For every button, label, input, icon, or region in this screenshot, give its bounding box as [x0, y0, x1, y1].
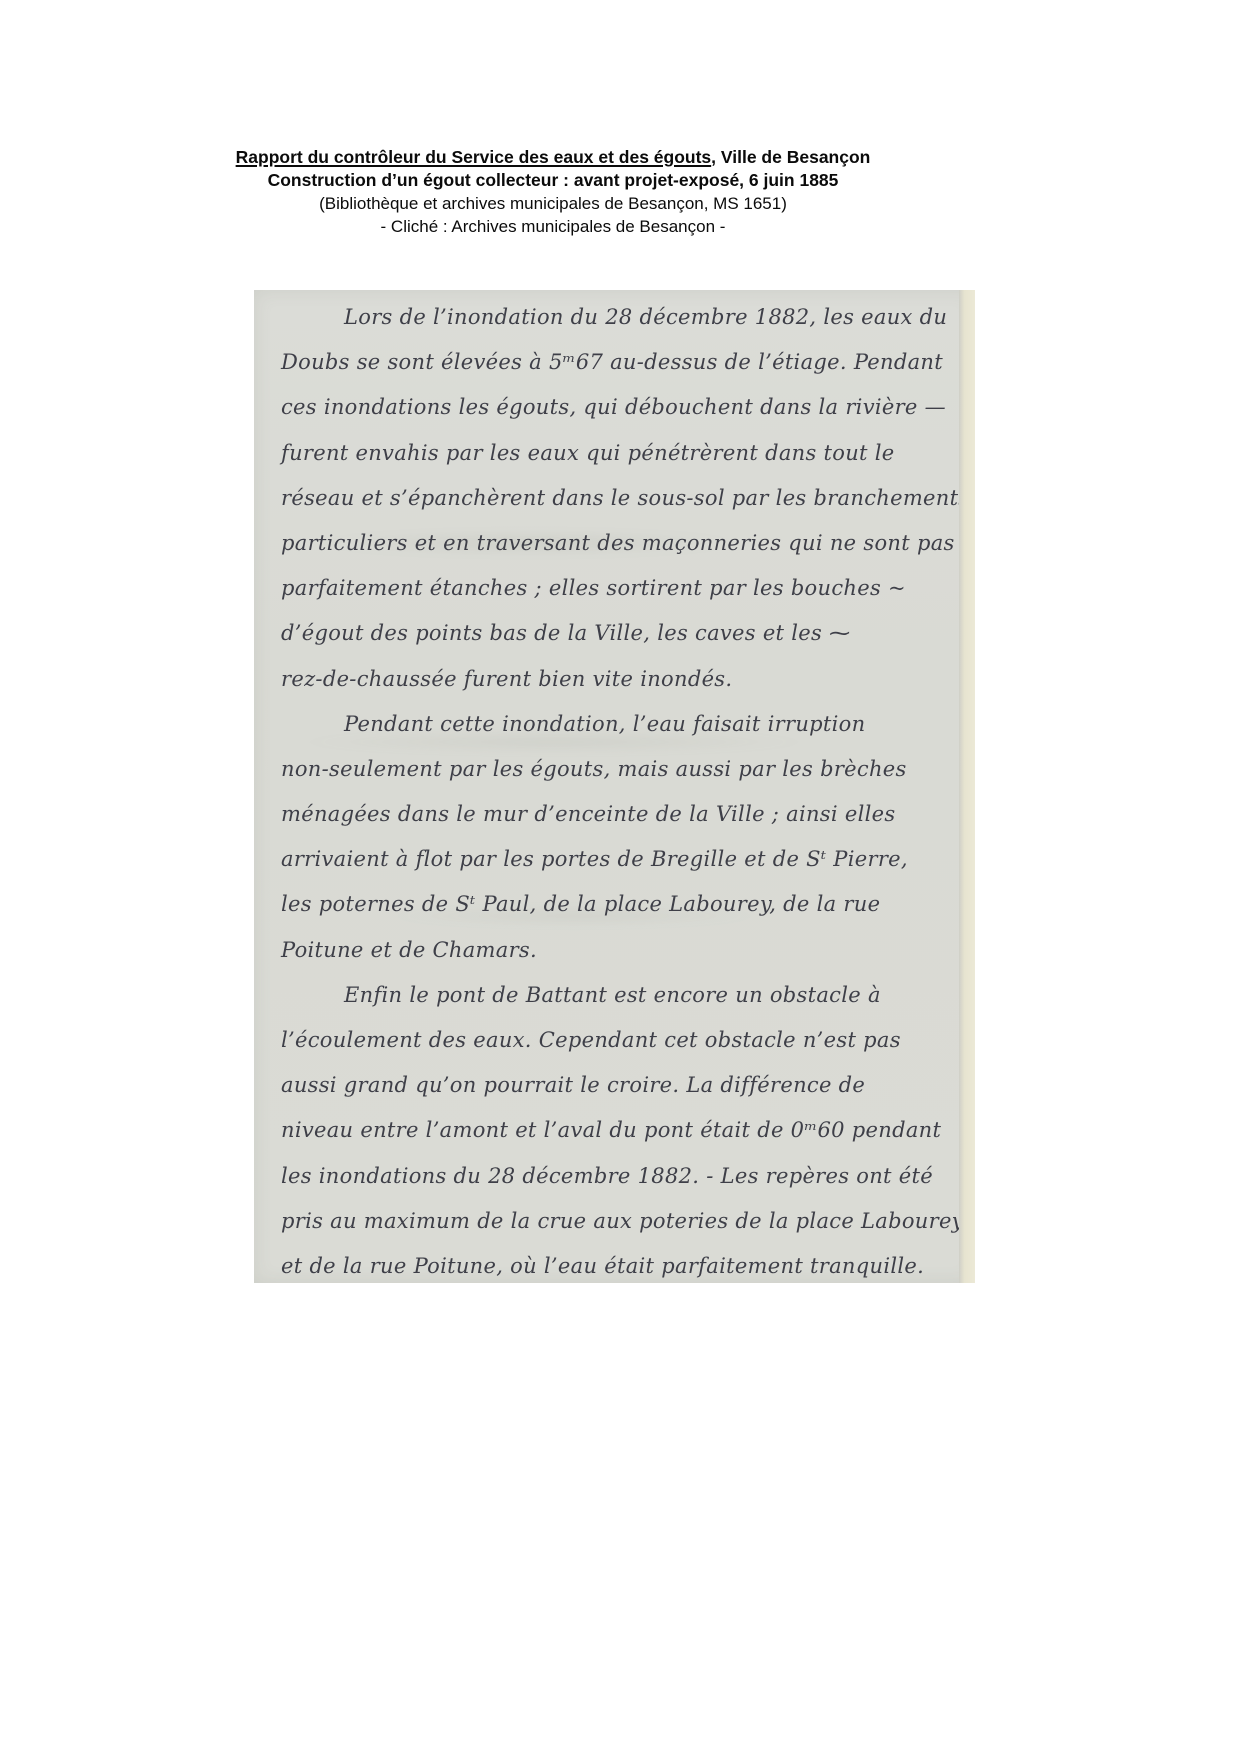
paper-edge	[959, 290, 975, 1283]
manuscript-line: rez-de-chaussée furent bien vite inondés…	[254, 657, 959, 702]
header-credit: - Cliché : Archives municipales de Besan…	[173, 215, 933, 238]
manuscript-line: pris au maximum de la crue aux poteries …	[254, 1199, 959, 1244]
manuscript-line: Doubs se sont élevées à 5ᵐ67 au-dessus d…	[254, 340, 959, 385]
manuscript-line: parfaitement étanches ; elles sortirent …	[254, 566, 959, 611]
header-subtitle: Construction d’un égout collecteur : ava…	[173, 169, 933, 192]
manuscript-line: réseau et s’épanchèrent dans le sous-sol…	[254, 476, 959, 521]
manuscript-line: Lors de l’inondation du 28 décembre 1882…	[254, 295, 959, 340]
document-page: Rapport du contrôleur du Service des eau…	[0, 0, 1240, 1754]
manuscript-line: l’écoulement des eaux. Cependant cet obs…	[254, 1018, 959, 1063]
manuscript-line: non-seulement par les égouts, mais aussi…	[254, 747, 959, 792]
manuscript-line: aussi grand qu’on pourrait le croire. La…	[254, 1063, 959, 1108]
manuscript-line: arrivaient à flot par les portes de Breg…	[254, 837, 959, 882]
header-title-line: Rapport du contrôleur du Service des eau…	[173, 146, 933, 169]
header-title-underlined: Rapport du contrôleur du Service des eau…	[236, 147, 712, 167]
manuscript-line: Poitune et de Chamars.	[254, 928, 959, 973]
header-title-rest: , Ville de Besançon	[711, 147, 870, 167]
manuscript-line: d’égout des points bas de la Ville, les …	[254, 611, 959, 656]
manuscript-line: et de la rue Poitune, où l’eau était par…	[254, 1244, 959, 1283]
manuscript-line: ménagées dans le mur d’enceinte de la Vi…	[254, 792, 959, 837]
manuscript-line: niveau entre l’amont et l’aval du pont é…	[254, 1108, 959, 1153]
typed-header: Rapport du contrôleur du Service des eau…	[173, 146, 933, 238]
manuscript-text: Lors de l’inondation du 28 décembre 1882…	[254, 295, 959, 1283]
manuscript-line: les poternes de Sᵗ Paul, de la place Lab…	[254, 882, 959, 927]
manuscript-line: Pendant cette inondation, l’eau faisait …	[254, 702, 959, 747]
manuscript-line: les inondations du 28 décembre 1882. - L…	[254, 1154, 959, 1199]
header-source: (Bibliothèque et archives municipales de…	[173, 192, 933, 215]
manuscript-line: particuliers et en traversant des maçonn…	[254, 521, 959, 566]
manuscript-line: ces inondations les égouts, qui débouche…	[254, 385, 959, 430]
manuscript-line: Enfin le pont de Battant est encore un o…	[254, 973, 959, 1018]
manuscript-scan: Lors de l’inondation du 28 décembre 1882…	[254, 290, 975, 1283]
manuscript-line: furent envahis par les eaux qui pénétrèr…	[254, 431, 959, 476]
